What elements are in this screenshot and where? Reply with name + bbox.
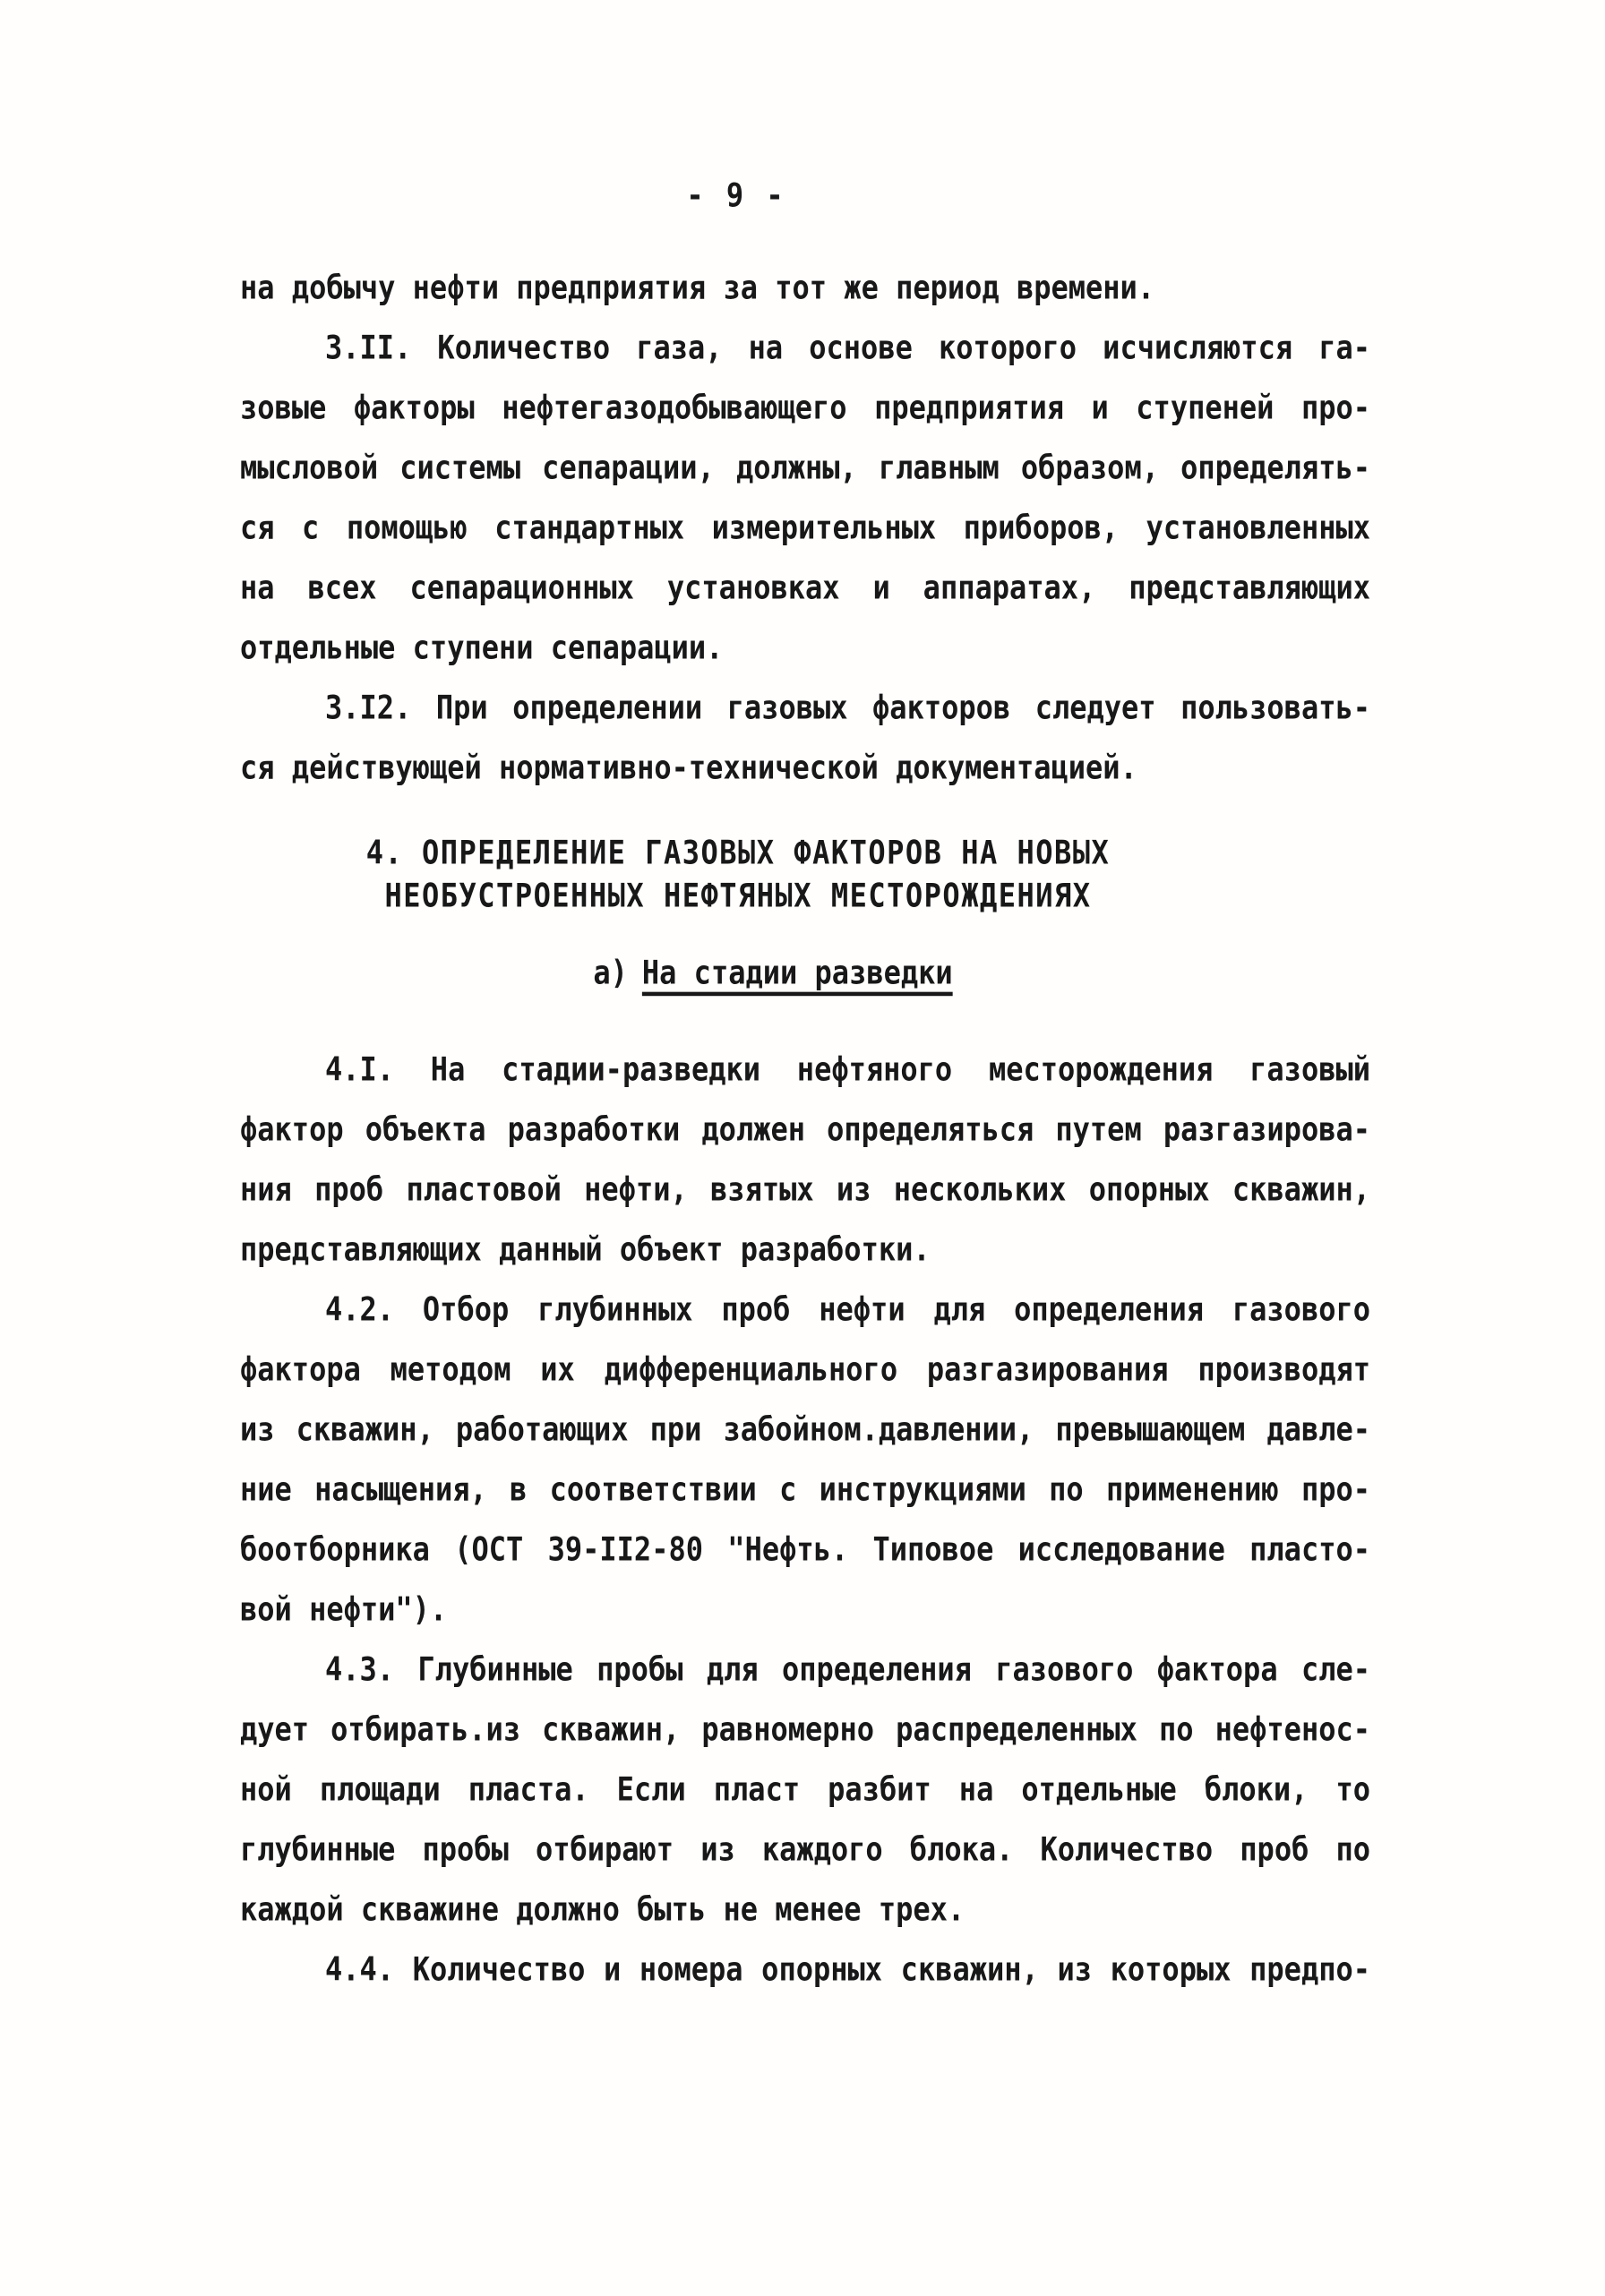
text-line: 4.4. Количество и номера опорных скважин… [240, 1935, 1370, 2003]
section-heading: 4. ОПРЕДЕЛЕНИЕ ГАЗОВЫХ ФАКТОРОВ НА НОВЫХ… [173, 831, 1303, 917]
text-line: каждой скважине должно быть не менее тре… [240, 1875, 1370, 1943]
text-line: из скважин, работающих при забойном.давл… [240, 1395, 1370, 1463]
paragraph-block-top: на добычу нефти предприятия за тот же пе… [240, 258, 1370, 798]
section-heading-line-2: НЕОБУСТРОЕННЫХ НЕФТЯНЫХ МЕСТОРОЖДЕНИЯХ [173, 871, 1303, 921]
subsection-heading: а)На стадии разведки [208, 948, 1338, 998]
text-line: фактора методом их дифференциального раз… [240, 1335, 1370, 1403]
text-line: ся действующей нормативно-технической до… [240, 733, 1370, 801]
text-line: ния проб пластовой нефти, взятых из неск… [240, 1155, 1370, 1223]
page-content: - 9 - на добычу нефти предприятия за тот… [240, 0, 1370, 2000]
text-line: мысловой системы сепарации, должны, глав… [240, 433, 1370, 501]
subsection-title: На стадии разведки [642, 953, 953, 991]
page-number: - 9 - [171, 175, 1301, 216]
section-heading-line-1: 4. ОПРЕДЕЛЕНИЕ ГАЗОВЫХ ФАКТОРОВ НА НОВЫХ [173, 828, 1303, 878]
text-line: представляющих данный объект разработки. [240, 1215, 1370, 1283]
text-line: 4.I. На стадии-разведки нефтяного местор… [240, 1035, 1370, 1103]
text-line: на всех сепарационных установках и аппар… [240, 553, 1370, 621]
text-line: 3.I2. При определении газовых факторов с… [240, 673, 1370, 741]
text-line: вой нефти"). [240, 1575, 1370, 1643]
text-line: ся с помощью стандартных измерительных п… [240, 493, 1370, 561]
text-line: 4.3. Глубинные пробы для определения газ… [240, 1635, 1370, 1703]
text-line: ной площади пласта. Если пласт разбит на… [240, 1755, 1370, 1823]
text-line: отдельные ступени сепарации. [240, 613, 1370, 681]
text-line: глубинные пробы отбирают из каждого блок… [240, 1815, 1370, 1883]
text-line: боотборника (ОСТ 39-II2-80 "Нефть. Типов… [240, 1515, 1370, 1583]
paragraph-block-bottom: 4.I. На стадии-разведки нефтяного местор… [240, 1040, 1370, 2000]
text-line: фактор объекта разработки должен определ… [240, 1095, 1370, 1163]
text-line: зовые факторы нефтегазодобывающего предп… [240, 373, 1370, 441]
text-line: дует отбирать.из скважин, равномерно рас… [240, 1695, 1370, 1763]
text-line: на добычу нефти предприятия за тот же пе… [240, 253, 1370, 321]
subsection-label: а) [593, 953, 628, 991]
text-line: 4.2. Отбор глубинных проб нефти для опре… [240, 1275, 1370, 1343]
text-line: ние насыщения, в соответствии с инструкц… [240, 1455, 1370, 1523]
document-page: - 9 - на добычу нефти предприятия за тот… [0, 0, 1605, 2296]
text-line: 3.II. Количество газа, на основе которог… [240, 313, 1370, 381]
